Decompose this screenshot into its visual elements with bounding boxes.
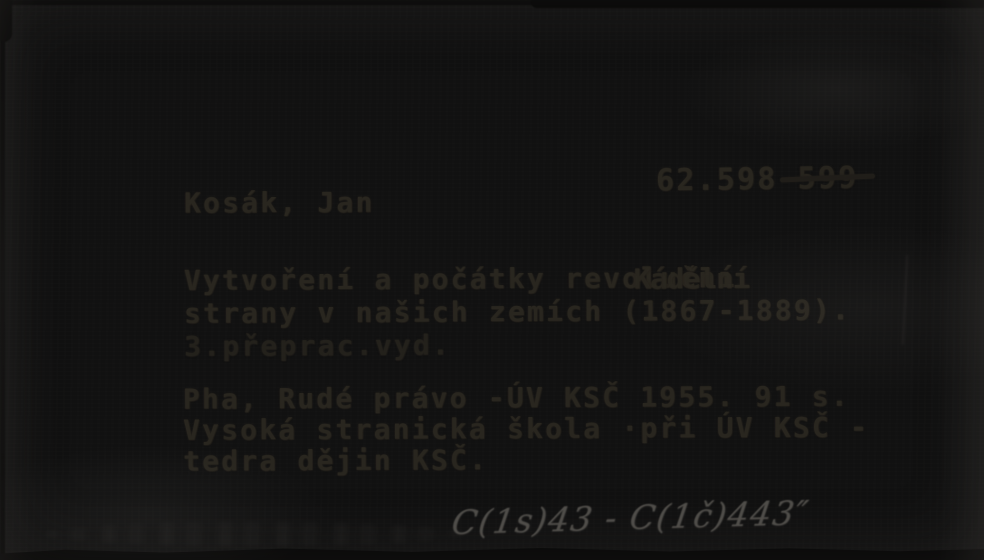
imprint-line: Pha, Rudé právo -ÚV KSČ 1955. 91 s. xyxy=(183,380,869,414)
left-edge-shadow xyxy=(0,0,5,560)
title-block: Vytvoření a počátky revoluční Kádělní st… xyxy=(184,260,852,362)
edition-statement: 3.přeprac.vyd. xyxy=(184,326,851,362)
top-left-corner-shadow xyxy=(0,0,12,42)
call-number-line: 62.598 599 xyxy=(656,161,859,199)
ghost-writing-smudge xyxy=(45,522,465,546)
issuer-line-1: Vysoká stranická škola ·při ÚV KSČ - xyxy=(183,411,869,445)
author-heading: Kosák, Jan xyxy=(184,186,375,220)
struck-call-number: 599 xyxy=(797,161,858,197)
handwritten-classification-note: C(1s)43 - C(1č)443″ xyxy=(449,493,812,542)
title-line-1: Vytvoření a počátky revoluční Kádělní xyxy=(184,260,851,296)
title-line-2: strany v našich zemích (1867-1889). xyxy=(184,293,851,329)
title-line-1-overtype: Kádělní xyxy=(634,262,750,296)
paper-crease xyxy=(902,255,909,345)
imprint-block: Pha, Rudé právo -ÚV KSČ 1955. 91 s. Vyso… xyxy=(183,380,869,476)
call-number: 62.598 xyxy=(656,162,778,199)
catalog-card-scan: 62.598 599 Kosák, Jan Vytvoření a počátk… xyxy=(0,0,984,560)
top-right-edge-shadow xyxy=(531,0,984,8)
issuer-line-2: tedra dějin KSČ. xyxy=(183,442,869,476)
bottom-edge-shadow xyxy=(0,544,984,560)
